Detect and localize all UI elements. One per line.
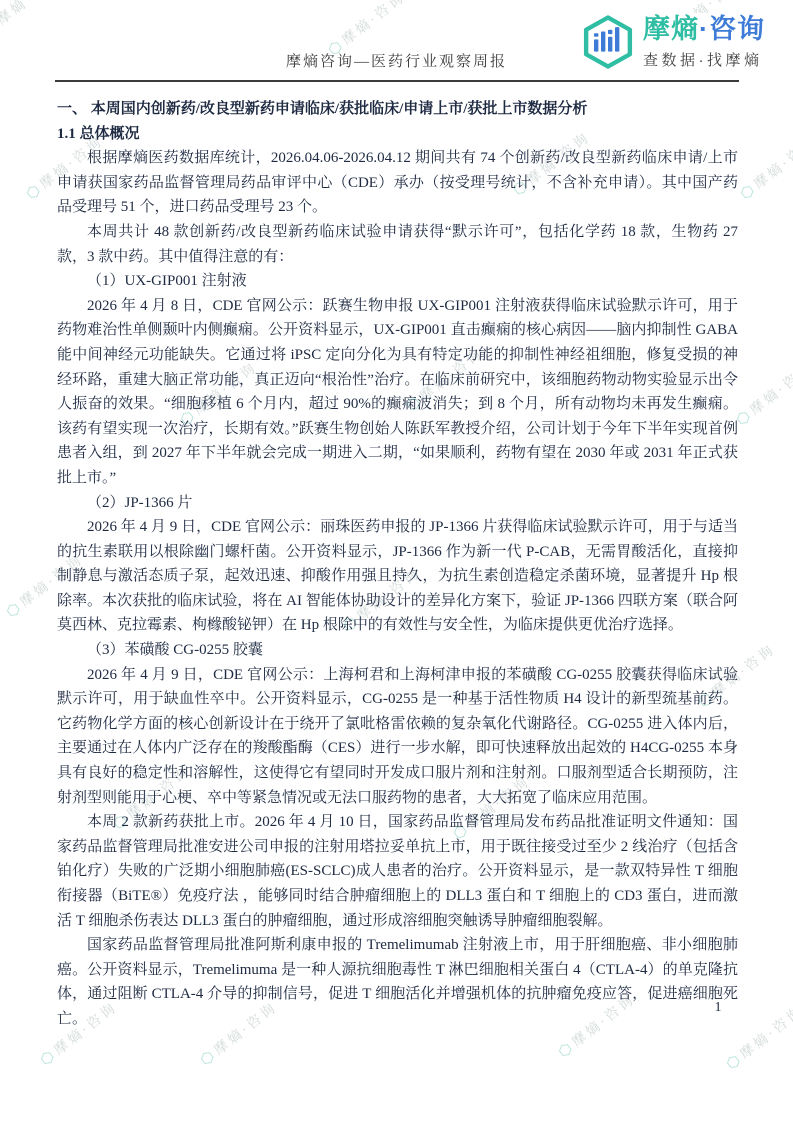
report-page: ⬡摩熵·咨询⬡摩熵·咨询⬡摩熵·咨询⬡摩熵·咨询⬡摩熵·咨询⬡摩熵·咨询⬡摩熵·… xyxy=(0,0,793,1122)
page-header: 摩熵咨询—医药行业观察周报 摩熵·咨询 查数据·找摩熵 xyxy=(0,0,793,82)
logo-brand-secondary: ·咨询 xyxy=(699,14,765,44)
page-number: 1 xyxy=(708,1000,728,1016)
item-heading-cg-0255: （3）苯磺酸 CG-0255 胶囊 xyxy=(57,638,738,663)
paragraph-overview: 根据摩熵医药数据库统计，2026.04.06-2026.04.12 期间共有 7… xyxy=(57,146,738,220)
logo-brand-primary: 摩熵 xyxy=(643,14,699,44)
watermark-text: 摩熵·咨询 xyxy=(749,131,793,193)
item-heading-jp-1366: （2）JP-1366 片 xyxy=(57,491,738,516)
paragraph-ux-gip001: 2026 年 4 月 8 日，CDE 官网公示：跃赛生物申报 UX-GIP001… xyxy=(57,294,738,491)
logo-text-block: 摩熵·咨询 查数据·找摩熵 xyxy=(643,13,765,70)
watermark-hexagon-icon: ⬡ xyxy=(36,1047,57,1069)
watermark-hexagon-icon: ⬡ xyxy=(736,181,757,203)
logo-brand-name: 摩熵·咨询 xyxy=(643,13,765,45)
header-divider-rule xyxy=(55,80,739,82)
logo-hexagon-chart-icon xyxy=(580,13,636,71)
watermark-hexagon-icon: ⬡ xyxy=(196,1047,217,1069)
logo-tagline: 查数据·找摩熵 xyxy=(643,49,763,70)
paragraph-weekly-count: 本周共计 48 款创新药/改良型新药临床试验申请获得“默示许可”，包括化学药 1… xyxy=(57,220,738,269)
watermark-hexagon-icon: ⬡ xyxy=(554,1039,575,1061)
subsection-heading: 1.1 总体概况 xyxy=(57,122,738,147)
section-heading: 一、 本周国内创新药/改良型新药申请临床/获批临床/申请上市/获批上市数据分析 xyxy=(57,97,738,122)
paragraph-cg-0255: 2026 年 4 月 9 日，CDE 官网公示：上海柯君和上海柯津申报的苯磺酸 … xyxy=(57,663,738,811)
brand-logo: 摩熵·咨询 查数据·找摩熵 xyxy=(580,13,765,71)
paragraph-approvals-tarlatamab: 本周 2 款新药获批上市。2026 年 4 月 10 日，国家药品监督管理局发布… xyxy=(57,810,738,933)
item-heading-ux-gip001: （1）UX-GIP001 注射液 xyxy=(57,269,738,294)
brand-watermark: ⬡摩熵·咨询 xyxy=(732,357,793,430)
watermark-text: 摩熵·咨询 xyxy=(745,357,793,419)
brand-watermark: ⬡摩熵·咨询 xyxy=(736,131,793,204)
watermark-hexagon-icon: ⬡ xyxy=(722,1051,743,1073)
watermark-hexagon-icon: ⬡ xyxy=(22,181,43,203)
watermark-text: 摩熵·咨询 xyxy=(735,1001,793,1063)
paragraph-jp-1366: 2026 年 4 月 9 日，CDE 官网公示：丽珠医药申报的 JP-1366 … xyxy=(57,515,738,638)
watermark-hexagon-icon: ⬡ xyxy=(2,599,23,621)
document-body: 一、 本周国内创新药/改良型新药申请临床/获批临床/申请上市/获批上市数据分析 … xyxy=(57,97,738,1032)
paragraph-approvals-tremelimumab: 国家药品监督管理局批准阿斯利康申报的 Tremelimumab 注射液上市，用于… xyxy=(57,933,738,1031)
